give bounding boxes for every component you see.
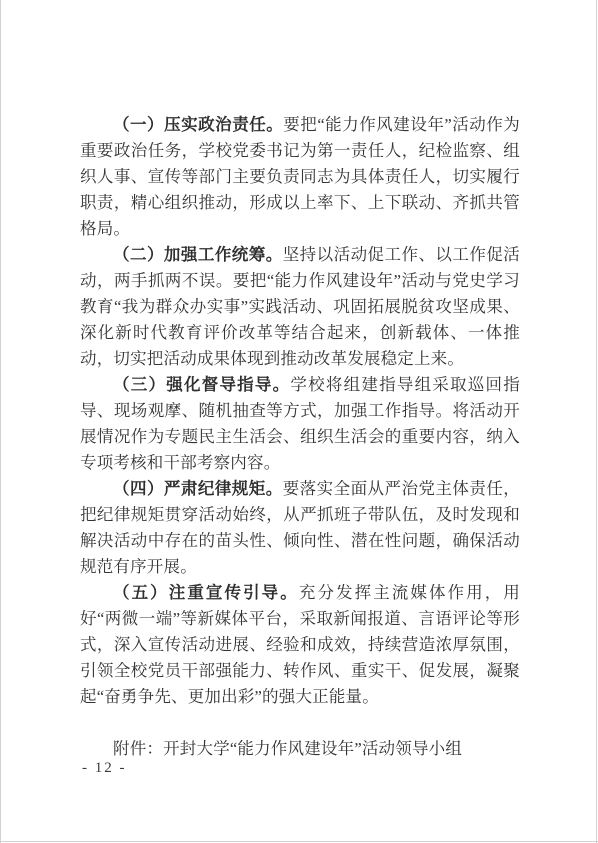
paragraph-5: （五）注重宣传引导。充分发挥主流媒体作用，用好“两微一端”等新媒体平台，采取新闻…: [80, 580, 520, 710]
document-page: （一）压实政治责任。要把“能力作风建设年”活动作为重要政治任务，学校党委书记为第…: [0, 0, 598, 843]
paragraph-3-heading: （三）强化督导指导。: [113, 375, 290, 394]
page-bottom-edge: [0, 841, 598, 842]
paragraph-1-heading: （一）压实政治责任。: [113, 115, 283, 134]
page-left-edge: [0, 0, 1, 843]
document-body: （一）压实政治责任。要把“能力作风建设年”活动作为重要政治任务，学校党委书记为第…: [80, 112, 520, 762]
attachment-line: 附件：开封大学“能力作风建设年”活动领导小组: [80, 736, 520, 762]
paragraph-2: （二）加强工作统筹。坚持以活动促工作、以工作促活动，两手抓两不误。要把“能力作风…: [80, 242, 520, 372]
paragraph-4: （四）严肃纪律规矩。要落实全面从严治党主体责任，把纪律规矩贯穿活动始终，从严抓班…: [80, 476, 520, 580]
paragraph-1: （一）压实政治责任。要把“能力作风建设年”活动作为重要政治任务，学校党委书记为第…: [80, 112, 520, 242]
page-number: - 12 -: [82, 760, 127, 777]
paragraph-2-heading: （二）加强工作统筹。: [113, 245, 283, 264]
paragraph-4-heading: （四）严肃纪律规矩。: [113, 479, 283, 498]
page-right-edge: [596, 0, 597, 843]
paragraph-3: （三）强化督导指导。学校将组建指导组采取巡回指导、现场观摩、随机抽查等方式，加强…: [80, 372, 520, 476]
paragraph-5-heading: （五）注重宣传引导。: [113, 583, 299, 602]
